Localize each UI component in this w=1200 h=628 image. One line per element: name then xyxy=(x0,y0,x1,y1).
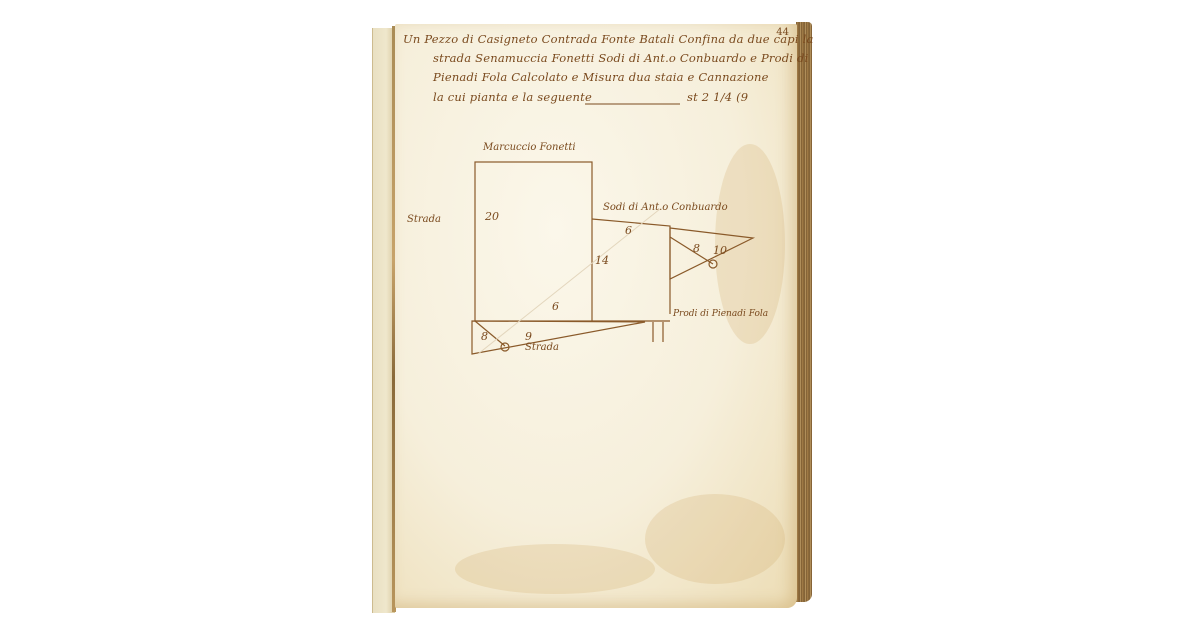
measure-right-triangle-b: 10 xyxy=(713,244,727,257)
manuscript-book: 44 Un Pezzo di Casigneto Contrada Fonte … xyxy=(370,18,815,618)
label-bottom-road: Strada xyxy=(525,342,559,353)
label-right-lower-neighbor: Prodi di Pienadi Fola xyxy=(673,309,768,319)
measure-middle-side: 14 xyxy=(595,254,609,267)
label-left-road: Strada xyxy=(407,214,441,225)
measure-bottom-triangle-b: 9 xyxy=(525,330,532,343)
measure-right-triangle-a: 8 xyxy=(693,242,700,255)
measure-left-side: 20 xyxy=(485,210,499,223)
label-right-upper-neighbor: Sodi di Ant.o Conbuardo xyxy=(603,202,728,213)
measure-middle-top: 6 xyxy=(625,224,632,237)
label-top-neighbor: Marcuccio Fonetti xyxy=(483,142,576,153)
page-stack-edges xyxy=(796,22,812,602)
measure-diagonal: 6 xyxy=(552,300,559,313)
measure-bottom-triangle-a: 8 xyxy=(481,330,488,343)
manuscript-page: 44 Un Pezzo di Casigneto Contrada Fonte … xyxy=(395,24,797,608)
